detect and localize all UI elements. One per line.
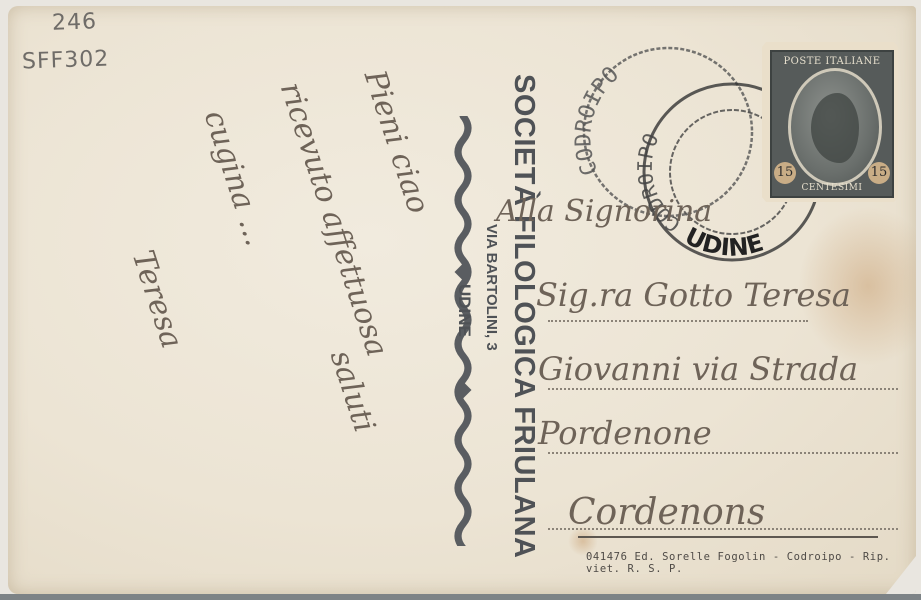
sender-city: UDINE [454,284,474,337]
address-line: Sig.ra Gotto Teresa [536,276,851,314]
address-dotted-line [548,452,898,454]
postage-stamp: POSTE ITALIANE 15 15 CENTESIMI [762,42,898,202]
message-line: Pieni ciao [357,66,436,218]
address-dotted-line [548,320,808,322]
message-line: saluti [323,346,382,437]
stamp-denomination: CENTESIMI [772,183,892,193]
stamp-country: POSTE ITALIANE [772,56,892,67]
publisher-line: 041476 Ed. Sorelle Fogolin - Codroipo - … [586,551,916,575]
address-underline [578,536,878,538]
torn-corner [886,556,916,594]
svg-text:CODROIPO: CODROIPO [571,62,624,179]
address-dotted-line [548,388,898,390]
pencil-note-number: 246 [52,9,98,36]
address-line: Giovanni via Strada [538,350,858,388]
postmark-text: CODROIPO [571,62,624,179]
sender-society-name: SOCIETÀ FILOLOGICA FRIULANA [507,74,540,558]
scan-background-edge [0,594,921,600]
stamp-value: 15 [868,162,890,184]
sender-street: VIA BARTOLINI, 3 [483,224,500,351]
address-line: Pordenone [538,414,712,452]
pencil-note-catalog: SFF302 [22,46,110,74]
address-line: Cordenons [568,492,765,533]
address-line: Alla Signorina [496,194,712,229]
stamp-value: 15 [774,162,796,184]
message-signature: Teresa [125,246,189,353]
address-dotted-line [548,528,898,530]
message-line: cugina ... [197,106,274,250]
postcard-back: 246 SFF302 Pieni ciao ricevuto affettuos… [8,6,916,594]
